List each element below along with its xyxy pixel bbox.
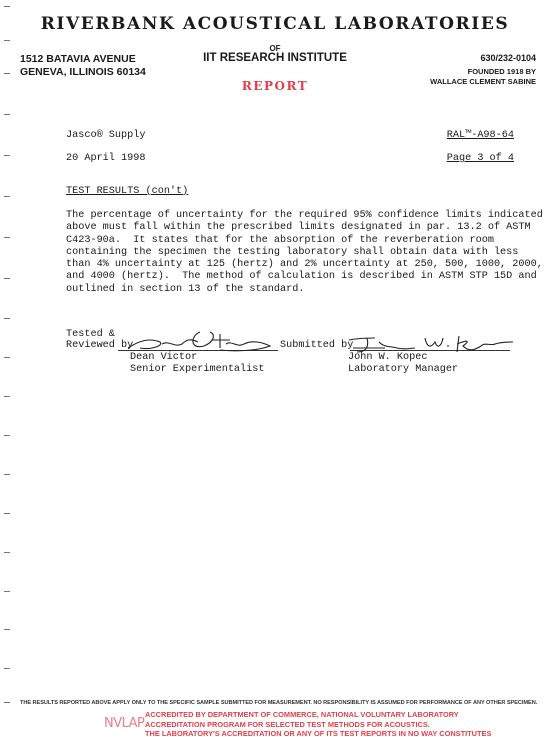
lab-name: RIVERBANK ACOUSTICAL LABORATORIES — [0, 14, 550, 34]
margin-tick — [4, 474, 10, 475]
margin-tick — [4, 552, 10, 553]
margin-tick — [4, 318, 10, 319]
margin-tick — [4, 196, 10, 197]
page-number: Page 3 of 4 — [447, 153, 514, 164]
margin-tick — [4, 629, 10, 630]
accreditation-line: THE LABORATORY'S ACCREDITATION OR ANY OF… — [145, 729, 491, 737]
tested-signer-name: Dean Victor — [130, 352, 265, 364]
margin-tick — [4, 237, 10, 238]
margin-tick — [4, 278, 10, 279]
tested-signer-title: Senior Experimentalist — [130, 364, 265, 376]
margin-tick — [4, 396, 10, 397]
founded-line-1: FOUNDED 1918 BY — [430, 67, 536, 77]
margin-tick — [4, 114, 10, 115]
phone-number: 630/232-0104 — [480, 53, 536, 63]
margin-tick — [4, 357, 10, 358]
signature-dean-victor — [120, 326, 280, 354]
accreditation-line: ACCREDITATION PROGRAM FOR SELECTED TEST … — [145, 720, 491, 730]
report-label: REPORT — [0, 79, 550, 93]
section-body: The percentage of uncertainty for the re… — [66, 210, 536, 296]
report-date: 20 April 1998 — [66, 153, 145, 164]
nvlap-logo: NVLAP — [104, 716, 144, 731]
submitted-signer-name: John W. Kopec — [348, 352, 458, 364]
margin-tick — [4, 702, 10, 703]
section-heading: TEST RESULTS (con't) — [66, 186, 188, 197]
client-name: Jasco® Supply — [66, 130, 145, 141]
margin-tick — [4, 155, 10, 156]
address-line-2: GENEVA, ILLINOIS 60134 — [20, 66, 146, 79]
margin-tick — [4, 668, 10, 669]
submitted-label: Submitted by — [280, 340, 353, 351]
margin-tick — [4, 513, 10, 514]
submitted-signer-title: Laboratory Manager — [348, 364, 458, 376]
margin-tick — [4, 6, 10, 7]
disclaimer: THE RESULTS REPORTED ABOVE APPLY ONLY TO… — [20, 700, 537, 706]
accreditation-line: ACCREDITED BY DEPARTMENT OF COMMERCE, NA… — [145, 710, 491, 720]
institute-name: IIT RESEARCH INSTITUTE — [0, 52, 550, 64]
tested-signer: Dean Victor Senior Experimentalist — [130, 352, 265, 375]
margin-tick — [4, 591, 10, 592]
margin-tick — [4, 40, 10, 41]
accreditation-notice: ACCREDITED BY DEPARTMENT OF COMMERCE, NA… — [145, 710, 491, 737]
margin-tick — [4, 73, 10, 74]
submitted-signer: John W. Kopec Laboratory Manager — [348, 352, 458, 375]
report-number: RAL™-A98-64 — [447, 130, 514, 141]
margin-tick — [4, 435, 10, 436]
